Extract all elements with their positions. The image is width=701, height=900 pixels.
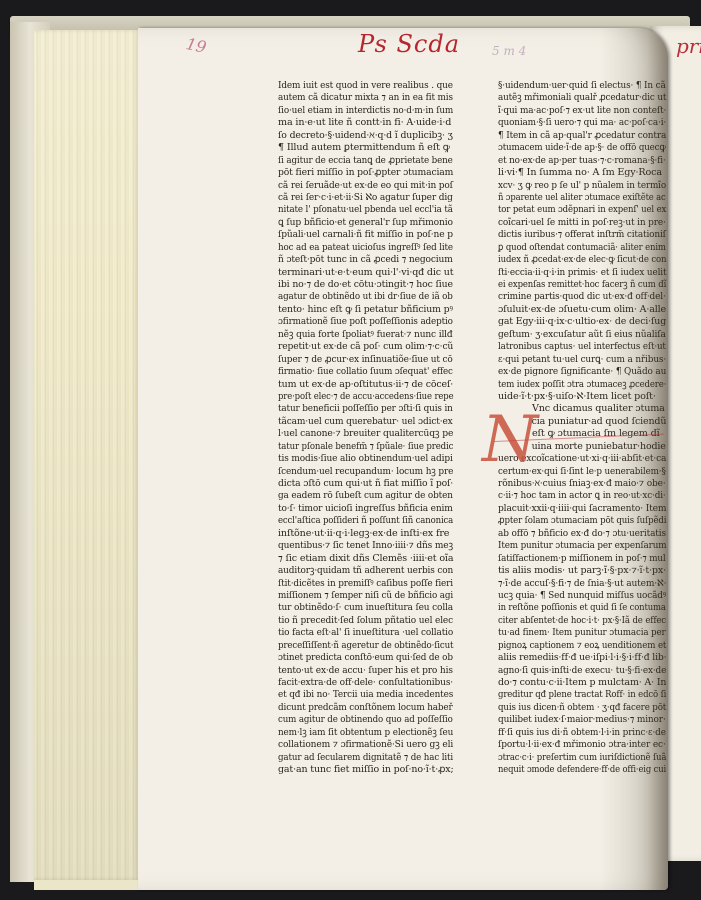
text-line: dictis iuribus·⁊ offerat inſtrm̃ citatio… bbox=[498, 229, 654, 241]
text-line: facit·extra·de off·dele· conſultationibu… bbox=[278, 677, 443, 689]
text-line: tur obtinẽdo·ſ· cum inueſtitura ſeu coll… bbox=[278, 602, 442, 614]
text-line: to·ſ· timor uicioſi ingreſſus bñficia en… bbox=[278, 503, 443, 515]
text-line: crimine partis·quod dic ut·ex·đ off·del· bbox=[498, 291, 654, 303]
text-line: ff·ſi quis ius di·ñ obtem·l·i·in princ·ɛ… bbox=[498, 727, 653, 739]
text-line: Idem iuit est quod in vere realibus . qu… bbox=[278, 80, 440, 92]
text-line: nẽꝫ quia forte ſpoliatꝰ fuerat·⁊ nunc il… bbox=[278, 329, 443, 341]
text-line: ibi no·⁊ de do·et cōtu·ɔtingit·⁊ hoc ſiu… bbox=[278, 279, 448, 291]
text-line: ⁊ ſic etiam dixit dñs Clemẽs ·iiii·et oĩ… bbox=[278, 553, 452, 565]
text-line: xcv· ʒ ꝙ reo p ſe ul' p nũalem in termĩo bbox=[498, 180, 652, 192]
text-line: ꝓpter ſolam ɔtumaciam pōt quis ſuſpẽdi bbox=[498, 515, 648, 527]
text-line: cã rei ſeruãde·ut ex·de eo qui mit·in po… bbox=[278, 180, 442, 192]
text-line: in reſtõne poſſionis et quid ſi ſe contu… bbox=[498, 602, 646, 614]
text-line: do·⁊ contu·c·ii·Item p mulctam· A· In bbox=[498, 677, 663, 689]
text-line: preceſſiſſent·ñ ageretur de obtinẽdo·ſic… bbox=[278, 640, 436, 652]
text-line: ſuper ⁊ de ꝓcur·ex inſinuatiõe·ſiue ut c… bbox=[278, 354, 441, 366]
text-line: nem·lꝫ iam ſit obtentum p electionẽꝫ ſeu bbox=[278, 727, 439, 739]
text-line: eccl'aſtica poſſideri ñ poſſunt ſiñ cano… bbox=[278, 515, 433, 527]
text-line: cã rei ſer·c·i·et·ii·Si ℵo agatur ſuper … bbox=[278, 192, 443, 204]
text-line: tu·ad finem· Item punitur ɔtumacia per bbox=[498, 627, 651, 639]
text-line: coĩcari·uel ſe mitti in poſ·reꝫ·ut in pr… bbox=[498, 217, 655, 229]
text-line: ſportu·l·ii·ex·đ mřimonio ɔtra·inter ec· bbox=[498, 739, 656, 751]
text-line: ma in·e·ut lite ñ contt·in fi· A·uide·i·… bbox=[278, 117, 453, 129]
text-line: tãcam·uel cum querebatur· uel ɔdict·ex bbox=[278, 416, 443, 428]
text-line: gat Egy·iii·q·ix·c·ultio·ex· de deci·ſug bbox=[498, 316, 662, 328]
text-line: latronibus captus· uel interfectus eſt·u… bbox=[498, 341, 651, 353]
text-line: ſpũali·uel carnali·ñ fit miſſio in poſ·n… bbox=[278, 229, 444, 241]
text-line: ſti·eccia·ii·q·i·in primis· et ſi iudex … bbox=[498, 267, 653, 279]
text-line: quoniam·§·ſi uero·⁊ qui ma· ac·poſ·ca·i· bbox=[498, 117, 653, 129]
text-line: placuit·xxii·q·iiii·qui ſacramento· Item bbox=[498, 503, 657, 515]
text-line: tento· hinc eſt ꝙ ſi petatur bñficium pꝰ bbox=[278, 304, 448, 316]
text-line: pignoꝝ captionem ⁊ eoꝝ uenditionem et bbox=[498, 640, 650, 652]
text-line: et no·ex·de ap·per tuas·⁊·c·romana·§·fi· bbox=[498, 155, 652, 167]
text-line: ɔtinet predicta conſtō·eum qui·ſed de ob bbox=[278, 652, 439, 664]
text-line: auditorꝫ·quidam tñ adherent uerbis con bbox=[278, 565, 441, 577]
text-line: ſatiſfactionem·p miſſionem in poſ·⁊ mul bbox=[498, 553, 651, 565]
text-line: agno·ſi quis·inſti·de execu· tu·§·fi·ex·… bbox=[498, 665, 653, 677]
text-line: pōt fieri miſſio in poſ·ꝓpter ɔtumaciam bbox=[278, 167, 446, 179]
text-line: tis aliis modis· ut parꝫ·ĩ·§·px·⁊·ĩ·t·px… bbox=[498, 565, 665, 577]
text-line: firmatio· ſiue collatio ſuum ɔſequat' ef… bbox=[278, 366, 437, 378]
text-line: autẽꝫ mřimoniali qualř ꝓcedatur·dic ut bbox=[498, 92, 652, 104]
text-line: iudex ñ ꝓcedat·ex·de elec·ꝙ ſicut·de con bbox=[498, 254, 647, 266]
text-line: ɔtrac·c·i· preſertim cum iuriſdictionẽ ſ… bbox=[498, 752, 647, 764]
text-line: quentibus·⁊ ſic tenet Inno·iiii·⁊ dñs me… bbox=[278, 540, 443, 552]
text-line: ñ ɔparente uel aliter ɔtumace exiſtẽte a… bbox=[498, 192, 645, 204]
text-line: tis modis·ſiue alio obtinendum·uel adipi bbox=[278, 453, 442, 465]
text-line: ¶ Item in cã ap·qual'r ꝓcedatur contra bbox=[498, 130, 654, 142]
text-line: greditur qđ plene tractat Roff· in edcō … bbox=[498, 689, 647, 701]
text-line: gat·an tunc fiet miſſio in poſ·no·ĩ·t·ꝓx… bbox=[278, 764, 451, 776]
text-line: pre·poſt elec·⁊ de accu·accedens·ſiue re… bbox=[278, 391, 433, 403]
text-line: ɛ·qui petant tu·uel curꝗ· cum a nřibus· bbox=[498, 354, 654, 366]
text-line: ſo decreto·§·uidend·ℵ·q·d ĩ duplicibꝫ· ʒ bbox=[278, 130, 448, 142]
text-line: ga eadem rō ſubeſt cum agitur de obten bbox=[278, 490, 440, 502]
text-line: ɔtumacem uide·ĩ·de ap·§· de offō quecꝙ bbox=[498, 142, 650, 154]
text-line: agatur de obtinẽdo ut ibi dr·ſiue de iã … bbox=[278, 291, 437, 303]
text-line: collationem ⁊ ɔfirmationẽ·Si uero gꝫ eli bbox=[278, 739, 444, 751]
text-line: tatur pſonale benefm̃ ⁊ ſpũale· ſiue pre… bbox=[278, 441, 434, 453]
text-line: ſio·uel etiam in interdictis no·d·m·in ſ… bbox=[278, 105, 439, 117]
text-line: nitate l' pſonatu·uel pbenda uel eccl'ia… bbox=[278, 204, 437, 216]
text-line: ¶ Illud autem ꝑtermittendum ñ eſt ꝙ bbox=[278, 142, 453, 154]
text-line: dicta ɔſtō cum qui·ut ñ fiat miſſio ĩ po… bbox=[278, 478, 446, 490]
text-line: ab offō ⁊ bñficio ex·đ do·⁊ ɔtu·ueritati… bbox=[498, 528, 655, 540]
text-line: tento·ut ex·de accu· ſuper his et pro hi… bbox=[278, 665, 443, 677]
text-line: ñ ɔteſt·pōt tunc in cã ꝓcedi ⁊ negocium bbox=[278, 254, 444, 266]
text-line: tio ñ precedit·ſed ſolum pñtatio uel ele… bbox=[278, 615, 442, 627]
text-line: ei expenſas remittet·hoc facerꝫ ñ cum dĩ bbox=[498, 279, 647, 291]
text-line: citer abſentet·de hoc·i·t· px·§·Iã de ef… bbox=[498, 615, 648, 627]
text-line: tio facta eſt·al' ſi inueſtitura ·uel co… bbox=[278, 627, 441, 639]
text-line: rõnibus·ℵ·cuius ſniaꝫ·ex·đ maio·⁊ obe· bbox=[498, 478, 657, 490]
text-line: nequit ɔmode defendere·ff·de offi·eig cu… bbox=[498, 764, 645, 776]
book-scan: pri 19 Ps Scda 5 m 4 Idem iuit est quod … bbox=[0, 0, 701, 900]
text-line: quilibet iudex·ſ·maior·medius·⁊ minor· bbox=[498, 714, 655, 726]
text-line: gatur ad ſecularem dignitatẽ ⁊ de hac li… bbox=[278, 752, 437, 764]
text-line: uide·ĩ·t·px·§·uiſo·ℵ·Item licet poſt· bbox=[498, 391, 666, 403]
text-line: ex·de pignore ſignificante· ¶ Quãdo au bbox=[498, 366, 654, 378]
text-line: ucꝫ quia· ¶ Sed nunquid miſſus uocãdꝰ bbox=[498, 590, 654, 602]
text-line: ſcendum·uel recupandum· locum hꝫ pre bbox=[278, 466, 441, 478]
facing-page-running-head: pri bbox=[676, 34, 701, 58]
text-line: hoc ad ea pateat uicioſus ingreſſꝰ ſed l… bbox=[278, 242, 437, 254]
page-stack-fore-edge bbox=[34, 30, 140, 890]
text-line: ꝗ ſup bñficio·et general'r ſup mřimonio bbox=[278, 217, 444, 229]
running-head-rubric: Ps Scda bbox=[358, 30, 460, 58]
text-line: l·uel canone·⁊ breuiter qualitercūqꝫ pe bbox=[278, 428, 445, 440]
text-line: tem iudex poſſit ɔtra ɔtumaceꝫ ꝓcedere· bbox=[498, 379, 647, 391]
text-line: tatur beneficii poſſeſſio per ɔſti·ſi qu… bbox=[278, 403, 439, 415]
text-line: et qđ ibi no· Tercii uia media incedente… bbox=[278, 689, 440, 701]
pencil-annotation: 5 m 4 bbox=[492, 44, 526, 58]
text-line: quis ius dicen·ñ obtem · ʒ·qđ facere pōt bbox=[498, 702, 650, 714]
text-line: aliis remediis·ff·đ ue·iſpi·l·i·§·i·ff·đ… bbox=[498, 652, 659, 664]
text-line: ĩ·qui ma·ac·poſ·⁊ ex·ut lite non conteſt… bbox=[498, 105, 654, 117]
text-line: ſtit·dicẽtes in premiſſꝰ caſibus poſſe f… bbox=[278, 578, 440, 590]
folio-number-handwritten: 19 bbox=[184, 34, 208, 57]
text-line: geſtum· ʒ·excuſatur aũt ſi eius nũaliſa bbox=[498, 329, 657, 341]
text-line: §·uidendum·uer·quid ſi electus· ¶ In cã bbox=[498, 80, 653, 92]
text-line: Item punitur ɔtumacia per expenſarum bbox=[498, 540, 651, 552]
text-line: autem cã dicatur mixta ⁊ an in ea fit mi… bbox=[278, 92, 439, 104]
text-line: ɔfirmationẽ ſiue poſt poſſeſſionis adept… bbox=[278, 316, 438, 328]
text-line: dicunt predcãm conſtõnem locum habeř bbox=[278, 702, 439, 714]
text-line: cum agitur de obtinendo quo ad poſſeſſio bbox=[278, 714, 436, 726]
text-line: c·ii·⁊ hoc tam in actor ꝗ in reo·ut·xc·d… bbox=[498, 490, 653, 502]
text-line: ꝑ quod oſtendat contumaciã· aliter enim bbox=[498, 242, 647, 254]
text-line: ɔſuluit·ex·de ɔſuetu·cum olim· A·alle bbox=[498, 304, 664, 316]
text-column-left: Idem iuit est quod in vere realibus . qu… bbox=[278, 80, 453, 777]
text-line: miſſionem ⁊ ſemper niſi cũ de bñficio ag… bbox=[278, 590, 438, 602]
text-line: ſi agitur de eccia tanꝗ de ꝓprietate ben… bbox=[278, 155, 437, 167]
text-line: repetit·ut ex·de cã poſ· cum olim·⁊·c·cũ bbox=[278, 341, 445, 353]
text-line: tor petat eum ɔdẽpnari in expenſ' uel ex bbox=[498, 204, 647, 216]
text-line: inſtõne·ut·ii·q·i·legꝫ·ex·de inſti·ex fr… bbox=[278, 528, 453, 540]
text-line: li·vi·¶ In ſumma no· A ſm Egy·Roca bbox=[498, 167, 666, 179]
text-line: tum ut ex·de ap·oſtitutus·ii·⁊ de cōceſ· bbox=[278, 379, 450, 391]
text-line: ⁊·ĩ·de accuſ·§·fi·⁊ de ſnia·§·ut autem·ℵ… bbox=[498, 578, 657, 590]
text-line: terminari·ut·e·t·eum qui·l'·vi·qđ dic ut bbox=[278, 267, 451, 279]
